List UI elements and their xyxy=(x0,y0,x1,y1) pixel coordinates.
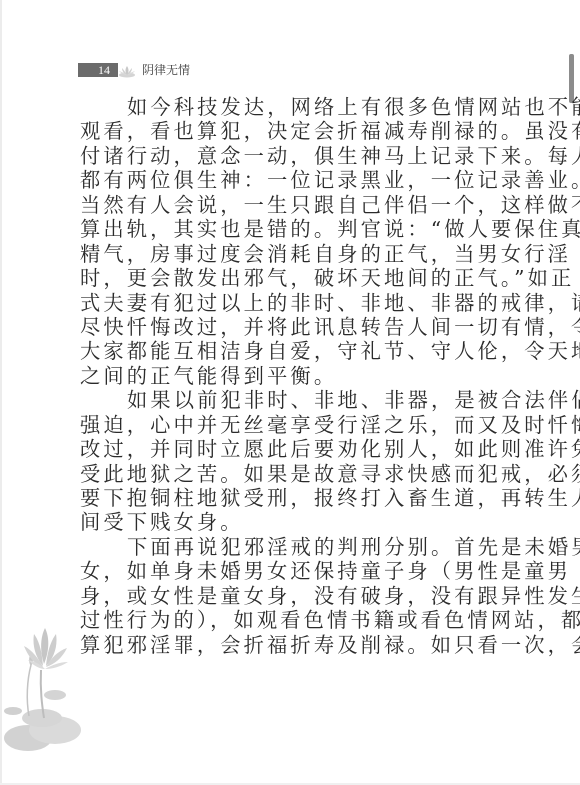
page-body-text: 如今科技发达，网络上有很多色情网站也不能观看，看也算犯，决定会折福减寿削禄的。虽… xyxy=(80,95,480,657)
text-line: 时，更会散发出邪气，破坏天地间的正气。”如正 xyxy=(80,266,480,290)
text-line: 精气，房事过度会消耗自身的正气，当男女行淫 xyxy=(80,242,480,266)
text-line: 付诸行动，意念一动，俱生神马上记录下来。每人 xyxy=(80,144,480,168)
text-line: 下面再说犯邪淫戒的判刑分别。首先是未婚男 xyxy=(80,535,480,559)
text-line: 算犯邪淫罪，会折福折寿及削禄。如只看一次，会 xyxy=(80,633,480,657)
running-header: 14 阴律无情 xyxy=(78,62,190,78)
text-line: 如今科技发达，网络上有很多色情网站也不能 xyxy=(80,95,480,119)
text-line: 之间的正气能得到平衡。 xyxy=(80,364,480,388)
text-line: 当然有人会说，一生只跟自己伴侣一个，这样做不 xyxy=(80,193,480,217)
text-line: 改过，并同时立愿此后要劝化别人，如此则准许免 xyxy=(80,437,480,461)
text-line: 式夫妻有犯过以上的非时、非地、非器的戒律，请 xyxy=(80,291,480,315)
text-line: 身，或女性是童女身，没有破身，没有跟异性发生 xyxy=(80,584,480,608)
text-line: 过性行为的），如观看色情书籍或看色情网站，都 xyxy=(80,608,480,632)
text-line: 算出轨，其实也是错的。判官说：“做人要保住真 xyxy=(80,217,480,241)
page-number: 14 xyxy=(78,63,118,77)
text-line: 都有两位俱生神：一位记录黑业，一位记录善业。 xyxy=(80,168,480,192)
text-line: 强迫，心中并无丝毫享受行淫之乐，而又及时忏悔 xyxy=(80,413,480,437)
text-line: 要下抱铜柱地狱受刑，报终打入畜生道，再转生人 xyxy=(80,486,480,510)
text-line: 观看，看也算犯，决定会折福减寿削禄的。虽没有 xyxy=(80,119,480,143)
text-line: 如果以前犯非时、非地、非器，是被合法伴侣 xyxy=(80,388,480,412)
text-line: 大家都能互相洁身自爱，守礼节、守人伦，令天地 xyxy=(80,339,480,363)
lotus-icon xyxy=(118,63,136,77)
chapter-title: 阴律无情 xyxy=(142,63,190,77)
text-line: 女，如单身未婚男女还保持童子身（男性是童男 xyxy=(80,559,480,583)
lotus-decoration-icon xyxy=(0,620,100,770)
text-line: 受此地狱之苦。如果是故意寻求快感而犯戒，必须 xyxy=(80,462,480,486)
text-line: 间受下贱女身。 xyxy=(80,510,480,534)
text-line: 尽快忏悔改过，并将此讯息转告人间一切有情，令 xyxy=(80,315,480,339)
